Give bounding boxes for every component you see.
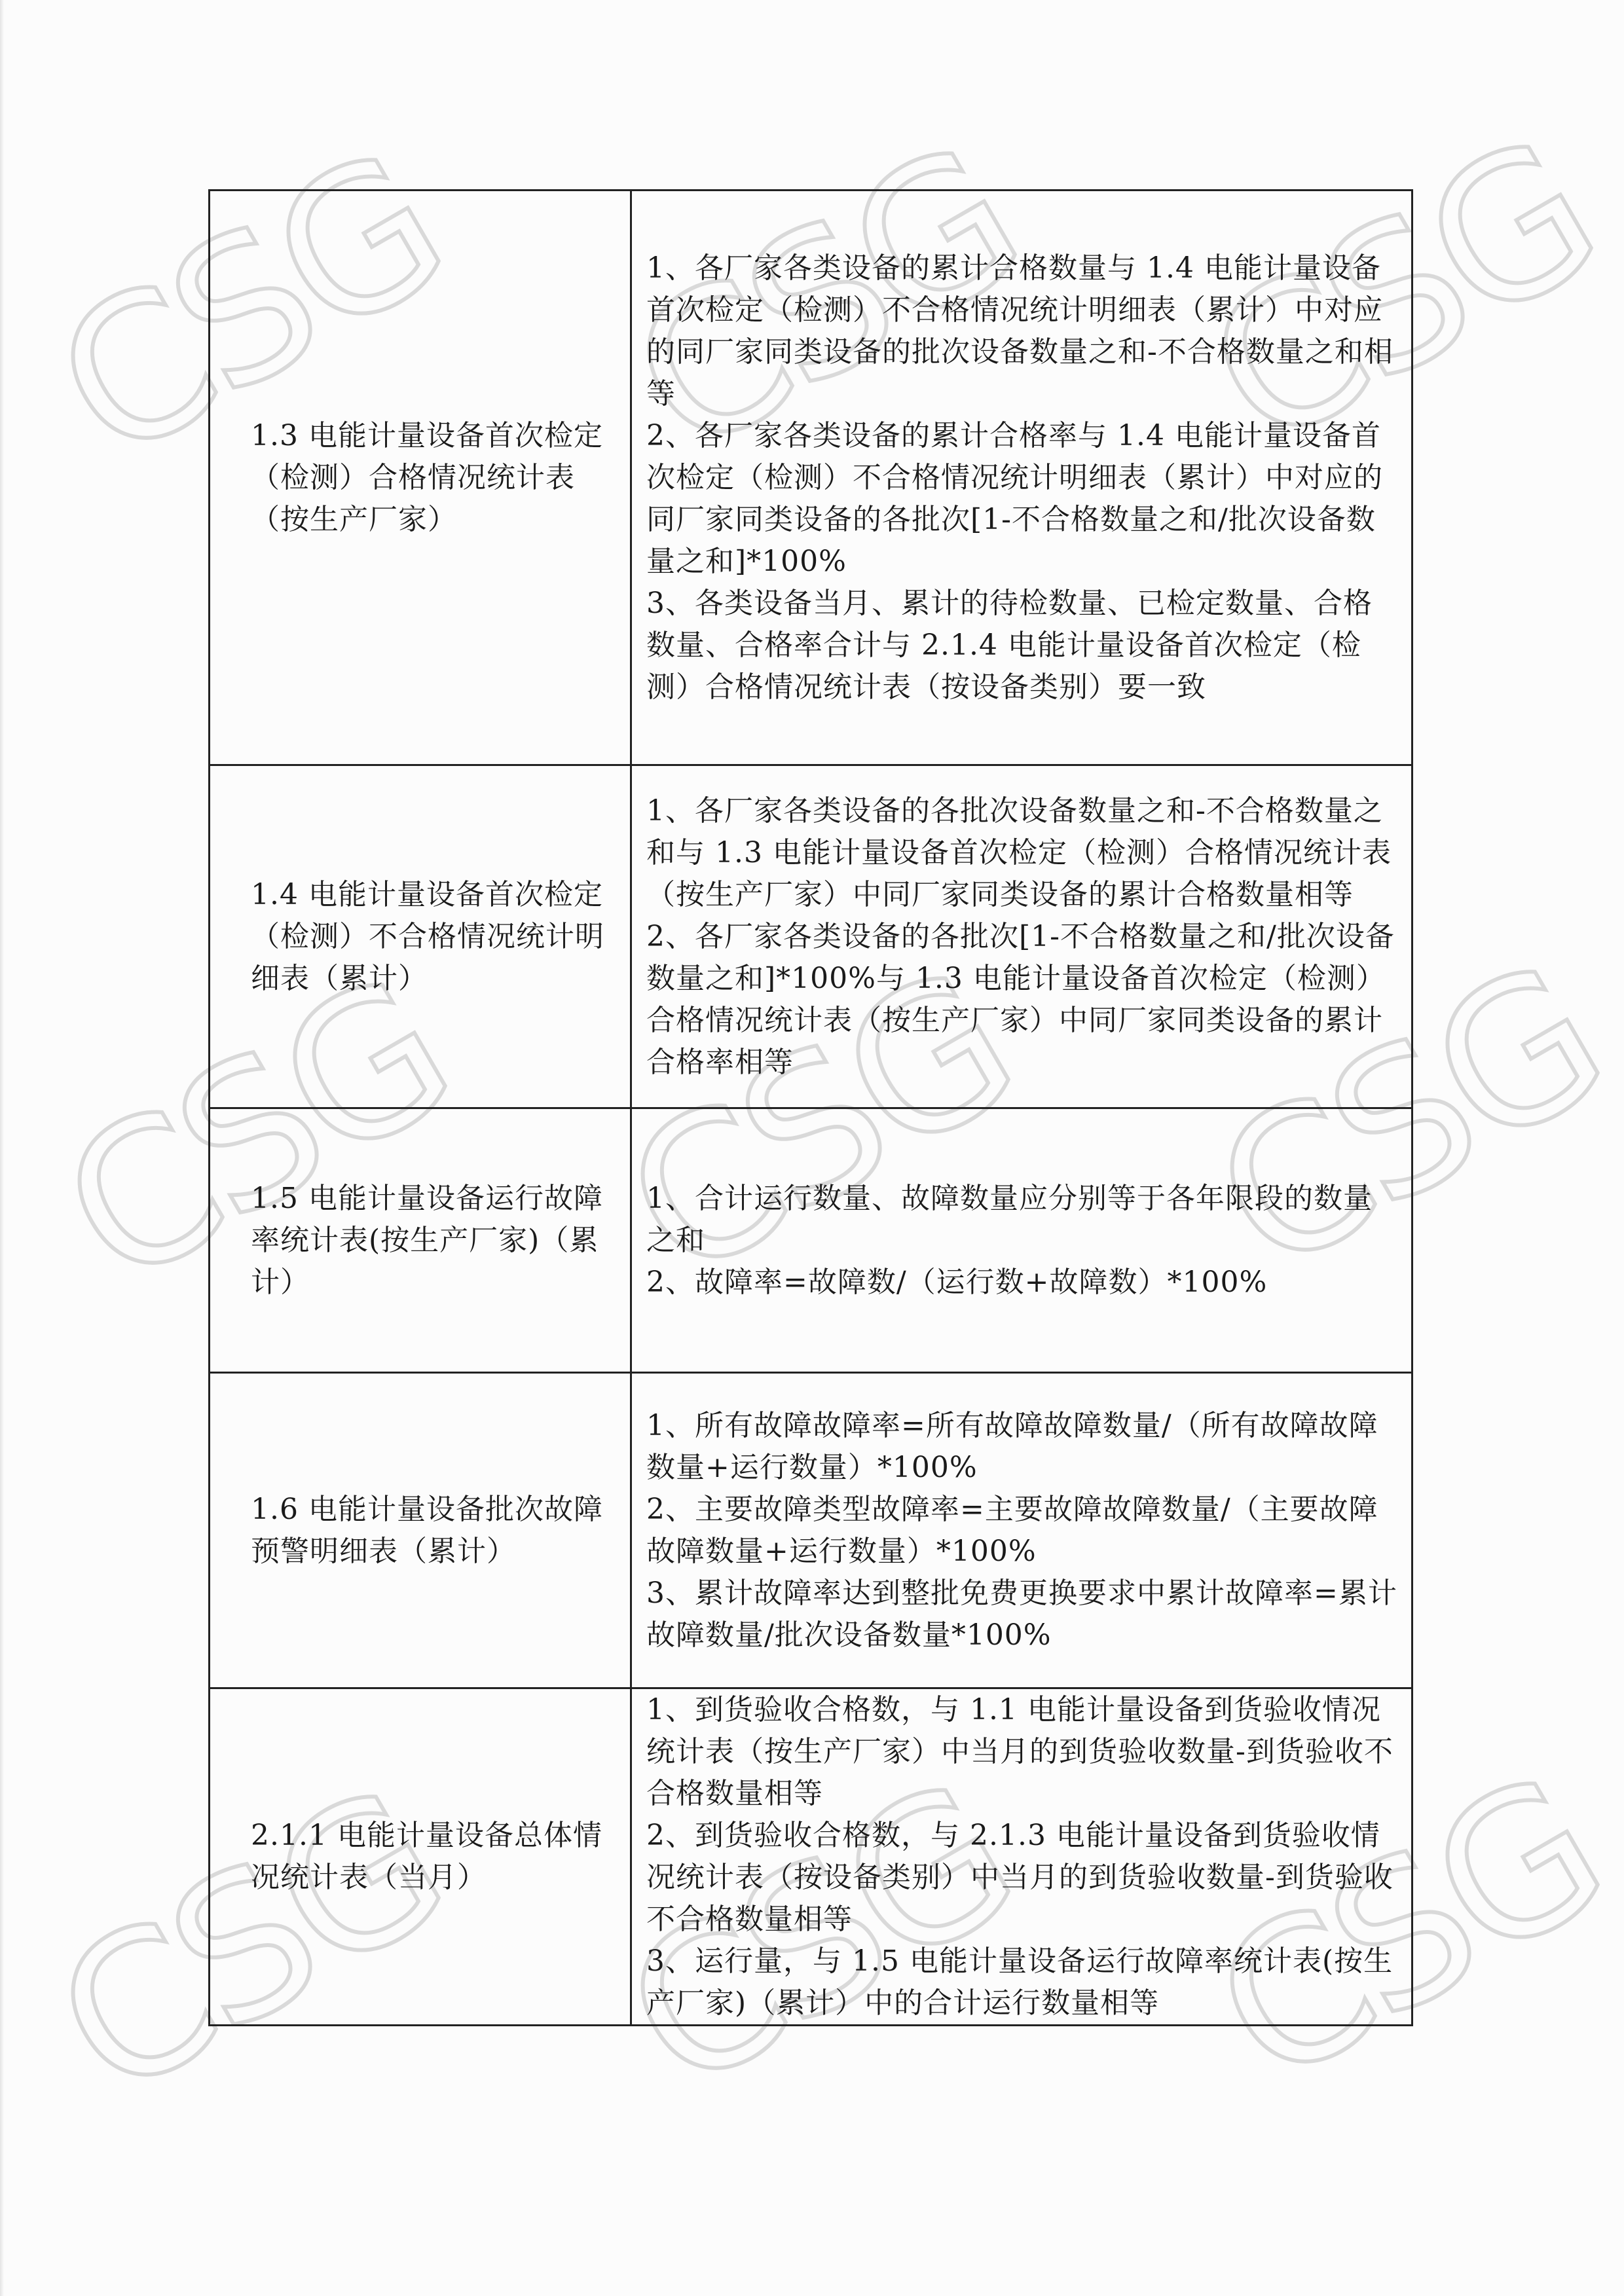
rule-cell: 1、所有故障故障率=所有故障故障数量/（所有故障故障数量+运行数量）*100% … <box>631 1373 1412 1688</box>
rule-item: 2、主要故障类型故障率=主要故障故障数量/（主要故障故障数量+运行数量）*100… <box>646 1489 1399 1573</box>
rule-item: 2、各厂家各类设备的累计合格率与 1.4 电能计量设备首次检定（检测）不合格情况… <box>646 415 1399 583</box>
table-row: 1.5 电能计量设备运行故障率统计表(按生产厂家)（累计） 1、合计运行数量、故… <box>210 1108 1412 1373</box>
rule-item: 3、累计故障率达到整批免费更换要求中累计故障率=累计故障数量/批次设备数量*10… <box>646 1573 1399 1656</box>
rule-item: 1、合计运行数量、故障数量应分别等于各年限段的数量之和 <box>646 1178 1399 1262</box>
table-row: 2.1.1 电能计量设备总体情况统计表（当月） 1、到货验收合格数，与 1.1 … <box>210 1688 1412 2026</box>
table-row: 1.3 电能计量设备首次检定（检测）合格情况统计表（按生产厂家） 1、各厂家各类… <box>210 191 1412 765</box>
rule-cell: 1、合计运行数量、故障数量应分别等于各年限段的数量之和 2、故障率=故障数/（运… <box>631 1108 1412 1373</box>
rule-item: 2、到货验收合格数，与 2.1.3 电能计量设备到货验收情况统计表（按设备类别）… <box>646 1815 1399 1941</box>
page-edge-shadow <box>0 0 4 2296</box>
rule-item: 3、各类设备当月、累计的待检数量、已检定数量、合格数量、合格率合计与 2.1.4… <box>646 583 1399 708</box>
table-row: 1.4 电能计量设备首次检定（检测）不合格情况统计明细表（累计） 1、各厂家各类… <box>210 765 1412 1108</box>
rule-item: 1、到货验收合格数，与 1.1 电能计量设备到货验收情况统计表（按生产厂家）中当… <box>646 1689 1399 1815</box>
report-name-cell: 1.3 电能计量设备首次检定（检测）合格情况统计表（按生产厂家） <box>210 191 631 765</box>
rule-item: 2、故障率=故障数/（运行数+故障数）*100% <box>646 1262 1399 1303</box>
rule-item: 2、各厂家各类设备的各批次[1-不合格数量之和/批次设备数量之和]*100%与 … <box>646 916 1399 1084</box>
rule-item: 1、所有故障故障率=所有故障故障数量/（所有故障故障数量+运行数量）*100% <box>646 1405 1399 1489</box>
rule-item: 3、运行量，与 1.5 电能计量设备运行故障率统计表(按生产厂家)（累计）中的合… <box>646 1941 1399 2024</box>
rule-cell: 1、各厂家各类设备的各批次设备数量之和-不合格数量之和与 1.3 电能计量设备首… <box>631 765 1412 1108</box>
rule-item: 1、各厂家各类设备的各批次设备数量之和-不合格数量之和与 1.3 电能计量设备首… <box>646 790 1399 916</box>
rule-item: 1、各厂家各类设备的累计合格数量与 1.4 电能计量设备首次检定（检测）不合格情… <box>646 247 1399 415</box>
report-name-cell: 1.6 电能计量设备批次故障预警明细表（累计） <box>210 1373 631 1688</box>
table-row: 1.6 电能计量设备批次故障预警明细表（累计） 1、所有故障故障率=所有故障故障… <box>210 1373 1412 1688</box>
report-name-cell: 2.1.1 电能计量设备总体情况统计表（当月） <box>210 1688 631 2026</box>
report-name-cell: 1.5 电能计量设备运行故障率统计表(按生产厂家)（累计） <box>210 1108 631 1373</box>
report-name-cell: 1.4 电能计量设备首次检定（检测）不合格情况统计明细表（累计） <box>210 765 631 1108</box>
validation-rules-table: 1.3 电能计量设备首次检定（检测）合格情况统计表（按生产厂家） 1、各厂家各类… <box>208 189 1413 2026</box>
rule-cell: 1、到货验收合格数，与 1.1 电能计量设备到货验收情况统计表（按生产厂家）中当… <box>631 1688 1412 2026</box>
rule-cell: 1、各厂家各类设备的累计合格数量与 1.4 电能计量设备首次检定（检测）不合格情… <box>631 191 1412 765</box>
